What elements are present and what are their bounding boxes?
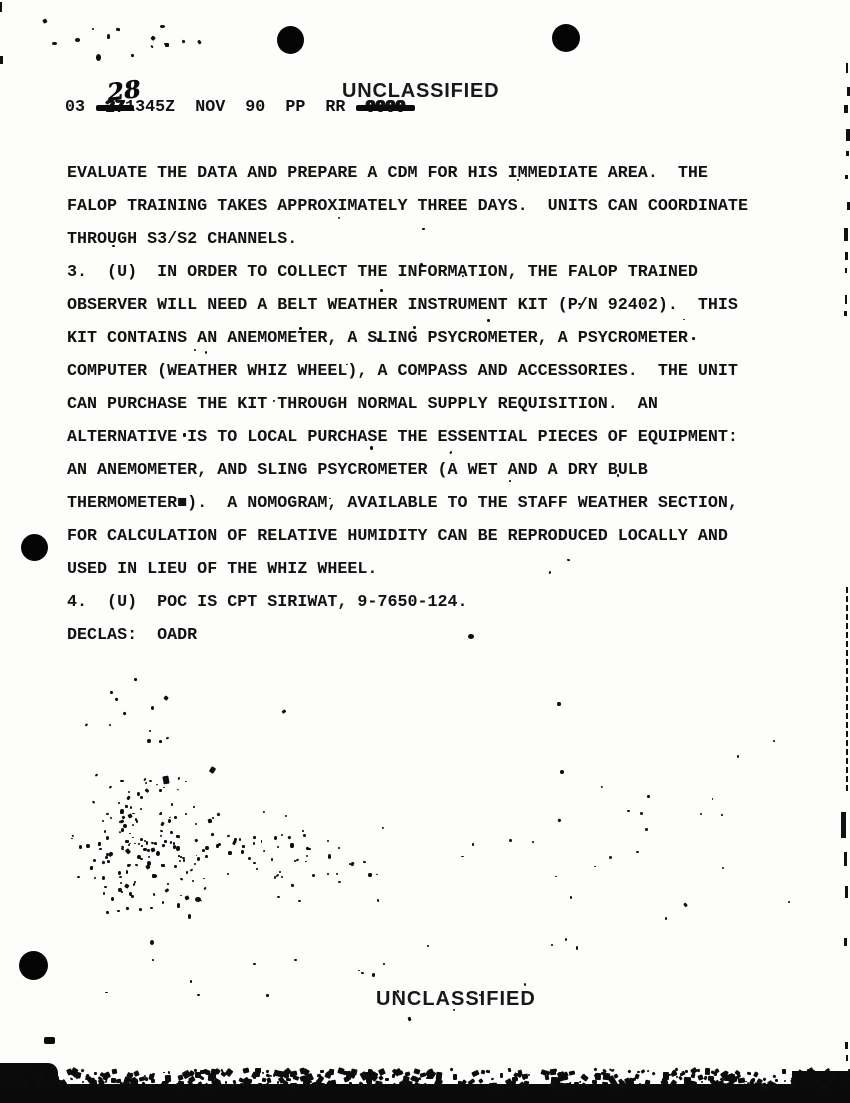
ink-speck — [404, 1071, 410, 1076]
scan-edge-mark — [846, 758, 848, 764]
ink-speck — [275, 836, 277, 839]
ink-speck — [134, 842, 137, 844]
ink-speck — [164, 840, 167, 843]
ink-speck — [80, 1068, 84, 1072]
scan-edge-mark — [844, 228, 847, 240]
ink-speck — [106, 836, 109, 840]
ink-speck — [327, 873, 329, 875]
scan-edge-mark — [846, 731, 848, 737]
ink-speck — [472, 843, 474, 845]
ink-speck — [554, 876, 556, 878]
scan-edge-mark — [0, 56, 3, 64]
ink-speck — [281, 876, 284, 879]
ink-speck — [118, 802, 120, 805]
hole-punch-mark — [19, 951, 48, 980]
ink-speck — [471, 1070, 479, 1078]
scan-edge-mark — [846, 704, 848, 710]
ink-speck — [180, 877, 183, 880]
scan-edge-mark — [845, 886, 848, 898]
scan-edge-mark — [845, 295, 847, 304]
ink-speck — [217, 813, 221, 817]
ink-speck — [383, 963, 385, 965]
body-line: THROUGH S3/S2 CHANNELS. — [67, 223, 748, 256]
scan-edge-mark — [846, 668, 848, 674]
ink-speck — [160, 830, 163, 833]
ink-speck — [193, 806, 195, 807]
ink-speck — [358, 970, 360, 972]
ink-speck — [138, 908, 141, 911]
ink-speck — [500, 1075, 503, 1079]
ink-speck — [684, 1077, 691, 1086]
ink-speck — [99, 848, 102, 851]
ink-speck — [112, 1069, 117, 1075]
scanned-document-page: UNCLASSIFIED UNCLASSIFIED 03 271345Z NOV… — [0, 0, 850, 1103]
ink-speck — [198, 40, 203, 46]
body-line: KIT CONTAINS AN ANEMOMETER, A SLING PSYC… — [67, 322, 748, 355]
ink-speck — [722, 867, 724, 869]
ink-speck — [241, 850, 244, 854]
ink-speck — [130, 806, 132, 809]
ink-speck — [335, 873, 338, 876]
ink-speck — [109, 785, 113, 789]
ink-speck — [290, 1083, 297, 1090]
ink-speck — [109, 724, 111, 726]
ink-speck — [203, 878, 205, 879]
hole-punch-mark — [277, 26, 304, 54]
ink-speck — [253, 842, 256, 845]
ink-speck — [190, 980, 193, 982]
ink-speck — [697, 1075, 703, 1081]
ink-speck — [135, 818, 137, 821]
scan-edge-mark — [845, 175, 848, 179]
ink-speck — [150, 36, 156, 42]
scan-edge-mark — [846, 623, 848, 629]
body-line: 4. (U) POC IS CPT SIRIWAT, 9-7650-124. — [67, 586, 748, 619]
ink-speck — [380, 289, 383, 292]
ink-speck — [86, 844, 89, 848]
ink-speck — [180, 895, 182, 896]
ink-speck — [146, 841, 148, 844]
ink-speck — [306, 855, 309, 857]
scan-edge-mark — [0, 2, 2, 12]
ink-speck — [106, 812, 109, 815]
ink-speck — [150, 907, 153, 909]
ink-speck — [75, 38, 80, 42]
ink-speck — [422, 228, 424, 229]
ink-speck — [180, 856, 182, 857]
scan-edge-mark — [846, 1055, 848, 1061]
ink-speck — [407, 1016, 411, 1021]
ink-speck — [381, 826, 384, 829]
ink-speck — [775, 1078, 778, 1082]
ink-speck — [396, 990, 399, 993]
ink-speck — [156, 783, 158, 785]
scan-edge-mark — [846, 695, 848, 701]
ink-speck — [137, 855, 141, 859]
ink-speck — [683, 903, 687, 908]
ink-speck — [574, 1082, 579, 1087]
ink-speck — [163, 787, 165, 789]
ink-speck — [196, 855, 198, 856]
ink-speck — [545, 1075, 550, 1081]
body-line: AN ANEMOMETER, AND SLING PSYCROMETER (A … — [67, 454, 748, 487]
ink-speck — [788, 901, 790, 903]
scan-edge-mark — [844, 852, 847, 866]
ink-speck — [773, 740, 775, 742]
ink-speck — [664, 917, 667, 920]
scan-edge-mark — [844, 938, 847, 946]
ink-speck — [285, 815, 287, 817]
ink-speck — [159, 835, 161, 837]
ink-speck — [338, 881, 341, 883]
ink-speck — [169, 816, 171, 818]
ink-speck — [201, 1076, 205, 1080]
ink-speck — [179, 860, 181, 862]
ink-speck — [147, 739, 151, 743]
ink-speck — [183, 433, 186, 437]
ink-speck — [163, 1072, 165, 1074]
ink-speck — [190, 868, 194, 872]
ink-speck — [126, 795, 131, 800]
ink-speck — [112, 245, 115, 247]
ink-speck — [174, 865, 177, 868]
ink-mark — [44, 1037, 55, 1044]
ink-speck — [150, 44, 154, 48]
ink-speck — [287, 836, 291, 841]
ink-speck — [203, 562, 205, 563]
scan-edge-mark — [845, 268, 847, 272]
ink-speck — [138, 843, 140, 844]
ink-speck — [138, 1076, 145, 1081]
ink-speck — [132, 824, 134, 826]
ink-speck — [195, 897, 201, 902]
ink-speck — [277, 896, 280, 898]
ink-speck — [202, 849, 205, 852]
ink-speck — [183, 859, 185, 862]
ink-speck — [296, 858, 300, 861]
ink-speck — [480, 1070, 485, 1075]
ink-speck — [617, 474, 620, 477]
ink-speck — [320, 1070, 324, 1073]
body-line: ALTERNATIVE IS TO LOCAL PURCHASE THE ESS… — [67, 421, 748, 454]
ink-speck — [266, 1078, 271, 1084]
ink-speck — [576, 946, 579, 949]
body-line: THERMOMETER■). A NOMOGRAM, AVAILABLE TO … — [67, 487, 748, 520]
ink-speck — [135, 864, 138, 867]
ink-speck — [133, 1070, 140, 1077]
ink-speck — [85, 723, 88, 726]
ink-speck — [489, 1083, 496, 1089]
ink-speck — [266, 994, 269, 996]
ink-speck — [762, 1077, 766, 1081]
ink-speck — [101, 861, 105, 865]
ink-speck — [152, 1073, 155, 1076]
ink-speck — [171, 803, 173, 806]
ink-speck — [92, 28, 94, 31]
ink-speck — [746, 1071, 751, 1075]
ink-speck — [150, 940, 154, 945]
ink-speck — [194, 839, 198, 843]
ink-speck — [449, 1068, 453, 1072]
ink-speck — [185, 813, 187, 815]
ink-speck — [118, 1079, 121, 1082]
ink-speck — [154, 842, 157, 845]
ink-speck — [52, 42, 57, 45]
ink-speck — [239, 838, 241, 841]
struck-routing-group: 0000 — [365, 99, 405, 117]
ink-speck — [517, 179, 519, 181]
ink-speck — [560, 770, 564, 774]
ink-speck — [132, 837, 134, 839]
ink-speck — [162, 776, 169, 785]
ink-speck — [186, 871, 188, 873]
ink-speck — [160, 25, 165, 28]
ink-speck — [131, 54, 134, 57]
ink-speck — [279, 871, 281, 873]
ink-speck — [228, 851, 231, 854]
ink-speck — [252, 1075, 255, 1079]
ink-speck — [159, 740, 161, 743]
ink-speck — [532, 841, 534, 843]
ink-speck — [71, 838, 73, 840]
ink-speck — [185, 895, 190, 900]
ink-speck — [176, 835, 180, 838]
ink-speck — [276, 875, 278, 878]
ink-speck — [176, 846, 179, 850]
ink-speck — [509, 839, 512, 842]
ink-speck — [192, 880, 194, 882]
scan-edge-mark — [846, 151, 849, 155]
ink-speck — [378, 1075, 384, 1081]
ink-speck — [417, 306, 419, 308]
ink-speck — [714, 1068, 719, 1073]
ink-speck — [181, 39, 185, 43]
ink-speck — [93, 859, 96, 862]
ink-speck — [120, 882, 122, 884]
ink-speck — [427, 945, 429, 948]
ink-speck — [134, 677, 138, 681]
ink-speck — [175, 1083, 180, 1088]
ink-speck — [294, 959, 296, 961]
ink-speck — [361, 971, 364, 973]
ink-speck — [524, 983, 526, 986]
ink-speck — [120, 780, 124, 782]
ink-speck — [200, 1070, 205, 1074]
ink-speck — [368, 873, 371, 877]
ink-speck — [116, 28, 121, 32]
ink-speck — [110, 817, 112, 819]
ink-speck — [126, 870, 128, 873]
scan-edge-mark — [846, 659, 848, 665]
ink-speck — [262, 810, 265, 813]
ink-speck — [281, 709, 286, 714]
ink-speck — [132, 813, 135, 815]
ink-speck — [147, 861, 151, 866]
ink-speck — [265, 1069, 268, 1072]
ink-speck — [636, 851, 639, 853]
body-line: COMPUTER (WEATHER WHIZ WHEEL), A COMPASS… — [67, 355, 748, 388]
ink-speck — [22, 1079, 28, 1087]
ink-speck — [93, 1071, 97, 1075]
scan-edge-mark — [846, 587, 848, 593]
ink-speck — [184, 781, 186, 783]
ink-speck — [594, 866, 596, 868]
ink-speck — [123, 712, 127, 715]
ink-speck — [704, 1068, 709, 1075]
ink-speck — [452, 1009, 454, 1011]
ink-speck — [651, 1071, 655, 1075]
ink-speck — [107, 34, 110, 38]
scan-edge-mark — [845, 1042, 848, 1049]
ink-speck — [119, 876, 122, 878]
ink-speck — [453, 1074, 457, 1080]
ink-speck — [372, 973, 375, 977]
ink-speck — [144, 778, 147, 781]
ink-speck — [71, 835, 74, 837]
ink-speck — [565, 938, 568, 941]
ink-speck — [640, 812, 643, 815]
ink-speck — [700, 812, 703, 814]
scan-edge-mark — [846, 596, 848, 602]
scan-edge-mark — [841, 812, 846, 838]
ink-speck — [232, 839, 237, 845]
ink-speck — [281, 834, 284, 836]
ink-speck — [117, 910, 119, 912]
ink-speck — [156, 851, 160, 856]
scan-edge-mark — [846, 63, 849, 73]
ink-speck — [164, 888, 169, 893]
ink-speck — [721, 814, 723, 816]
ink-speck — [70, 1077, 74, 1081]
ink-speck — [152, 959, 154, 961]
ink-speck — [528, 1073, 531, 1075]
ink-speck — [628, 1069, 632, 1073]
body-line: CAN PURCHASE THE KIT THROUGH NORMAL SUPP… — [67, 388, 748, 421]
ink-speck — [177, 776, 180, 779]
classification-banner-bottom: UNCLASSIFIED — [376, 988, 536, 1011]
ink-speck — [110, 691, 113, 694]
ink-speck — [173, 842, 175, 845]
ink-speck — [647, 1070, 650, 1073]
ink-speck — [305, 861, 307, 863]
body-line: DECLAS: OADR — [67, 619, 748, 652]
body-line: EVALUATE THE DATA AND PREPARE A CDM FOR … — [67, 157, 748, 190]
ink-speck — [468, 634, 474, 639]
scan-edge-mark — [846, 740, 848, 746]
ink-speck — [151, 847, 156, 852]
ink-speck — [557, 819, 561, 823]
ink-speck — [509, 480, 511, 482]
ink-speck — [147, 849, 150, 852]
ink-speck — [106, 911, 109, 914]
ink-speck — [303, 834, 306, 837]
scan-edge-mark — [846, 605, 848, 611]
ink-speck — [253, 836, 256, 840]
scan-edge-mark — [846, 686, 848, 692]
ink-speck — [592, 1080, 598, 1084]
ink-speck — [491, 1078, 495, 1081]
ink-speck — [271, 858, 273, 860]
ink-speck — [109, 852, 113, 856]
ink-speck — [77, 876, 79, 878]
ink-speck — [248, 857, 251, 860]
ink-speck — [205, 855, 207, 858]
ink-speck — [601, 785, 604, 787]
ink-speck — [269, 1074, 272, 1077]
ink-speck — [176, 788, 178, 790]
ink-speck — [165, 1075, 171, 1082]
ink-speck — [140, 808, 142, 810]
ink-speck — [145, 782, 147, 785]
ink-speck — [92, 800, 96, 804]
ink-speck — [302, 830, 304, 832]
ink-speck — [212, 817, 214, 818]
ink-speck — [593, 1068, 597, 1072]
ink-speck — [782, 1069, 786, 1074]
ink-speck — [773, 1075, 777, 1079]
ink-speck — [338, 847, 340, 849]
ink-speck — [486, 1070, 490, 1074]
ink-speck — [263, 850, 266, 852]
ink-speck — [413, 326, 416, 329]
ink-speck — [218, 843, 221, 846]
ink-speck — [261, 840, 263, 842]
ink-speck — [127, 813, 132, 818]
body-line: FOR CALCULATION OF RELATIVE HUMIDITY CAN… — [67, 520, 748, 553]
scan-edge-mark — [846, 722, 848, 728]
ink-speck — [132, 883, 136, 887]
ink-speck — [111, 897, 114, 901]
body-line: USED IN LIEU OF THE WHIZ WHEEL. — [67, 553, 748, 586]
ink-speck — [290, 883, 294, 887]
scan-edge-mark — [846, 632, 848, 638]
ink-speck — [286, 1077, 291, 1081]
ink-speck — [210, 833, 214, 837]
scan-edge-mark — [846, 785, 848, 791]
ink-speck — [578, 303, 581, 305]
ink-speck — [461, 856, 463, 857]
ink-speck — [143, 848, 147, 852]
ink-speck — [331, 1080, 337, 1086]
ink-speck — [166, 736, 170, 740]
ink-speck — [253, 862, 256, 864]
ink-speck — [82, 1080, 84, 1082]
handwritten-day-annotation: 28 — [105, 74, 142, 107]
ink-speck — [557, 702, 560, 706]
ink-speck — [159, 813, 161, 815]
ink-speck — [697, 1068, 700, 1071]
ink-speck — [159, 789, 161, 792]
ink-speck — [376, 899, 379, 902]
ink-speck — [376, 874, 379, 876]
ink-speck — [328, 1069, 333, 1075]
ink-speck — [290, 843, 293, 847]
ink-speck — [209, 766, 216, 774]
ink-speck — [602, 1082, 609, 1087]
ink-speck — [104, 830, 107, 833]
scan-edge-mark — [846, 767, 848, 773]
ink-speck — [140, 838, 143, 841]
ink-speck — [194, 863, 196, 865]
hole-punch-mark — [552, 24, 580, 52]
ink-speck — [152, 874, 156, 879]
ink-speck — [508, 1068, 512, 1072]
ink-speck — [609, 856, 612, 859]
body-line: FALOP TRAINING TAKES APPROXIMATELY THREE… — [67, 190, 748, 223]
ink-speck — [644, 1080, 650, 1087]
ink-speck — [362, 861, 365, 863]
ink-speck — [133, 1082, 138, 1085]
